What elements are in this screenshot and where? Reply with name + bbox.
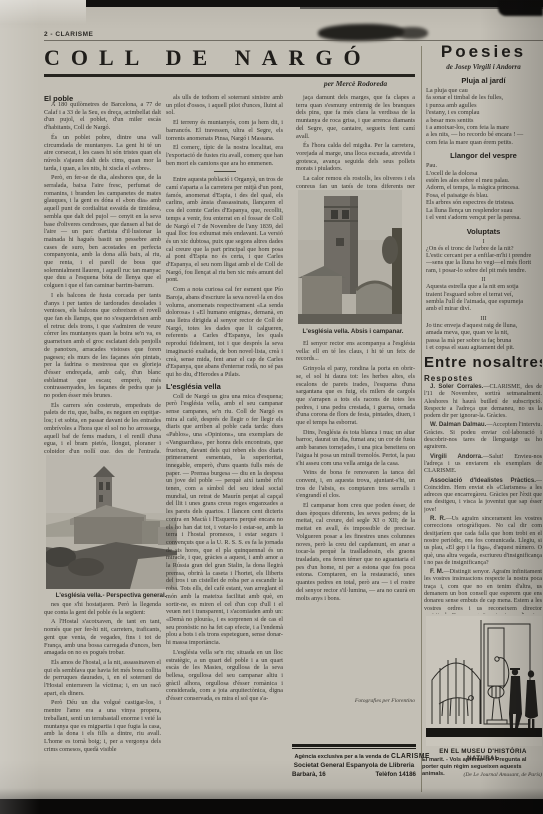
photo-credit: Fotografies per Florentino: [296, 698, 415, 704]
ad-line-1: Agència exclusiva per a la venda de CLAR…: [294, 753, 413, 760]
section-divider-dash: [214, 171, 236, 172]
paragraph: als ulls de tothom el soterrani sinistre…: [166, 94, 283, 117]
photo-caption-1: L'església vella.- Perspectiva general.: [44, 592, 178, 599]
poem-body-2: Pau. L'ocell de la dolcesa estén les ale…: [426, 162, 541, 221]
paragraph: Però Déu un dia volgué castigar-los, i m…: [44, 699, 161, 753]
poem-stanza-1: ¿On és el tronc de l'arbre de la nit? L'…: [426, 245, 541, 275]
stanza-number: II: [426, 276, 541, 283]
photo-caption-2: L'església vella. Absis i campanar.: [288, 328, 418, 335]
bottom-shadow: [0, 788, 543, 799]
paragraph: Veïns de bona fe renovaren la tanca del …: [296, 469, 415, 500]
ad-line-3: Barbarà, 16 Telèfon 14186: [292, 771, 416, 778]
paragraph: Grinyola el pany, rondina la porta en ob…: [296, 365, 415, 427]
paragraph: El comerç, típic de la nostra localitat,…: [166, 144, 283, 167]
photo-church-apse-tower: [298, 190, 402, 324]
ink-corner-blob: [498, 0, 543, 16]
paragraph: nes que s'hi hostatjaren. Però la llegen…: [44, 601, 161, 616]
reply-item: R. R.—Us agraïm sincerament les vostres …: [424, 515, 542, 567]
paragraph: El campanar hom creu que poden ésser, de…: [296, 502, 415, 602]
reply-text: —Us agraïm sincerament les vostres corre…: [424, 516, 542, 566]
respostes-subtitle: Respostes: [424, 374, 542, 383]
article-column-1: A 180 quilòmetres de Barcelona, a 77 de …: [44, 101, 161, 453]
ink-smudge-small: [396, 27, 428, 39]
reply-name: J. Soler Corrales.: [430, 383, 483, 390]
poem-body-1: La pluja que cau fa sonar el timbal de l…: [426, 87, 541, 146]
paragraph: Dins, l'església és tota blanca i nua; u…: [296, 429, 415, 468]
reply-name: F. M.: [430, 568, 444, 575]
paragraph: Entre aquesta població i Organyà, un tro…: [166, 176, 283, 284]
poesies-section: Poesies de Josep Virgili i Andorra Pluja…: [426, 42, 541, 354]
article-column-2: als ulls de tothom el soterrani sinistre…: [166, 94, 283, 750]
reply-name: Associació d'Idealistes Pràctics.: [430, 477, 536, 484]
article-column-3-cont: El senyor rector ens acompanya a l'esglé…: [296, 340, 415, 694]
page-number-masthead: 2 - CLARISME: [44, 31, 244, 38]
reply-item: F. M.—Distingit senyor. Agraïm infinitam…: [424, 568, 542, 614]
paragraph: I els balcons de fusta corcada per tants…: [44, 292, 161, 400]
column-divider-rule: [421, 46, 422, 792]
stanza-number: I: [426, 238, 541, 245]
poem-title-3: Voluptats: [426, 227, 541, 236]
title-underline: [44, 74, 415, 77]
paragraph: El senyor rector ens acompanya a l'esglé…: [296, 340, 415, 363]
header-rule: [44, 40, 543, 41]
paragraph: La calor remou els rostolls, les olivere…: [296, 175, 415, 188]
photo-church-general-view: [46, 455, 177, 589]
poesies-title: Poesies: [426, 42, 541, 62]
museum-cartoon-illustration: [426, 616, 542, 746]
reply-name: Virgili Andorra.: [430, 453, 483, 460]
newspaper-page: 2 - CLARISME COLL DE NARGÓ per Mercè Rod…: [0, 0, 543, 814]
reply-name: R. R.: [430, 515, 446, 522]
reply-text: —Distingit senyor. Agraïm infinitament l…: [424, 569, 542, 614]
paragraph: L'església vella se'n riu; situada en un…: [166, 649, 283, 703]
paragraph: A l'Hostal s'acotxaven, de tant en tant,…: [44, 618, 161, 657]
reply-item: Virgili Andorra.—Salut! Envieu-nos l'adr…: [424, 453, 542, 476]
cartoon-credit: (De Le Journal Amusant, de París): [422, 772, 542, 778]
article-byline: per Mercè Rodoreda: [296, 79, 415, 88]
scan-white-corner: [0, 0, 86, 24]
entre-nosaltres-title: Entre nosaltres: [424, 354, 542, 371]
paragraph: A 180 quilòmetres de Barcelona, a 77 de …: [44, 101, 161, 132]
ad-address: Barbarà, 16: [292, 771, 326, 778]
reply-item: Associació d'Idealistes Pràctics.—Coinci…: [424, 477, 542, 514]
stanza-number: III: [426, 315, 541, 322]
entre-nosaltres-section: Entre nosaltres Respostes J. Soler Corra…: [424, 354, 542, 614]
poem-stanza-3: Jo tinc enveja d'aquest raig de lluna, a…: [426, 322, 541, 352]
ad-line-2: Societat General Espanyola de Llibreria: [292, 762, 416, 769]
article-column-3: jaça damunt dels marges, que fa clapes a…: [296, 94, 415, 188]
reply-item: J. Soler Corrales.—CLARISME, des de l'11…: [424, 383, 542, 420]
reply-name: W. Dalman Dalmau.: [430, 421, 486, 428]
scan-bottom-black-band: [0, 799, 543, 814]
reply-item: W. Dalman Dalmau.—Acceptem l'interviu. G…: [424, 421, 542, 451]
paragraph: És un poblet pobre, dintre una vall circ…: [44, 134, 161, 173]
paragraph: Els carrers són costeruts, empedrats de …: [44, 402, 161, 453]
ad-rule-thin: [292, 748, 416, 749]
poesies-author: de Josep Virgili i Andorra: [426, 63, 541, 71]
ad-rule-thick: [292, 744, 416, 747]
paragraph: Els amos de l'hostal, a la nit, assassin…: [44, 659, 161, 698]
paragraph: El terreny és muntanyós, com ja hem dit,…: [166, 119, 283, 142]
poem-title-2: Llangor del vespre: [426, 151, 541, 160]
ad-text: Agència exclusiva per a la venda de: [294, 754, 391, 760]
clarisme-sales-ad: Agència exclusiva per a la venda de CLAR…: [292, 744, 416, 792]
paragraph: Coll de Nargó us gira una mica d'esquena…: [166, 393, 283, 647]
section-heading-esglesia-vella: L'església vella: [166, 382, 283, 391]
paragraph: Com a nota curiosa cal fer esment que Pí…: [166, 286, 283, 378]
paragraph: Però, en fer-se de dia, aleshores que, d…: [44, 174, 161, 290]
article-column-1-cont: nes que s'hi hostatjaren. Però la llegen…: [44, 601, 161, 753]
paragraph: És l'hora calda del migdia. Per la carre…: [296, 142, 415, 173]
paragraph: jaça damunt dels marges, que fa clapes a…: [296, 94, 415, 140]
poem-title-1: Pluja al jardí: [426, 76, 541, 85]
poem-stanza-2: Aquesta estrella que a la nit em sotja t…: [426, 283, 541, 313]
ink-smudge: [318, 23, 404, 41]
ad-phone: Telèfon 14186: [376, 771, 416, 778]
article-title: COLL DE NARGÓ: [44, 45, 416, 71]
